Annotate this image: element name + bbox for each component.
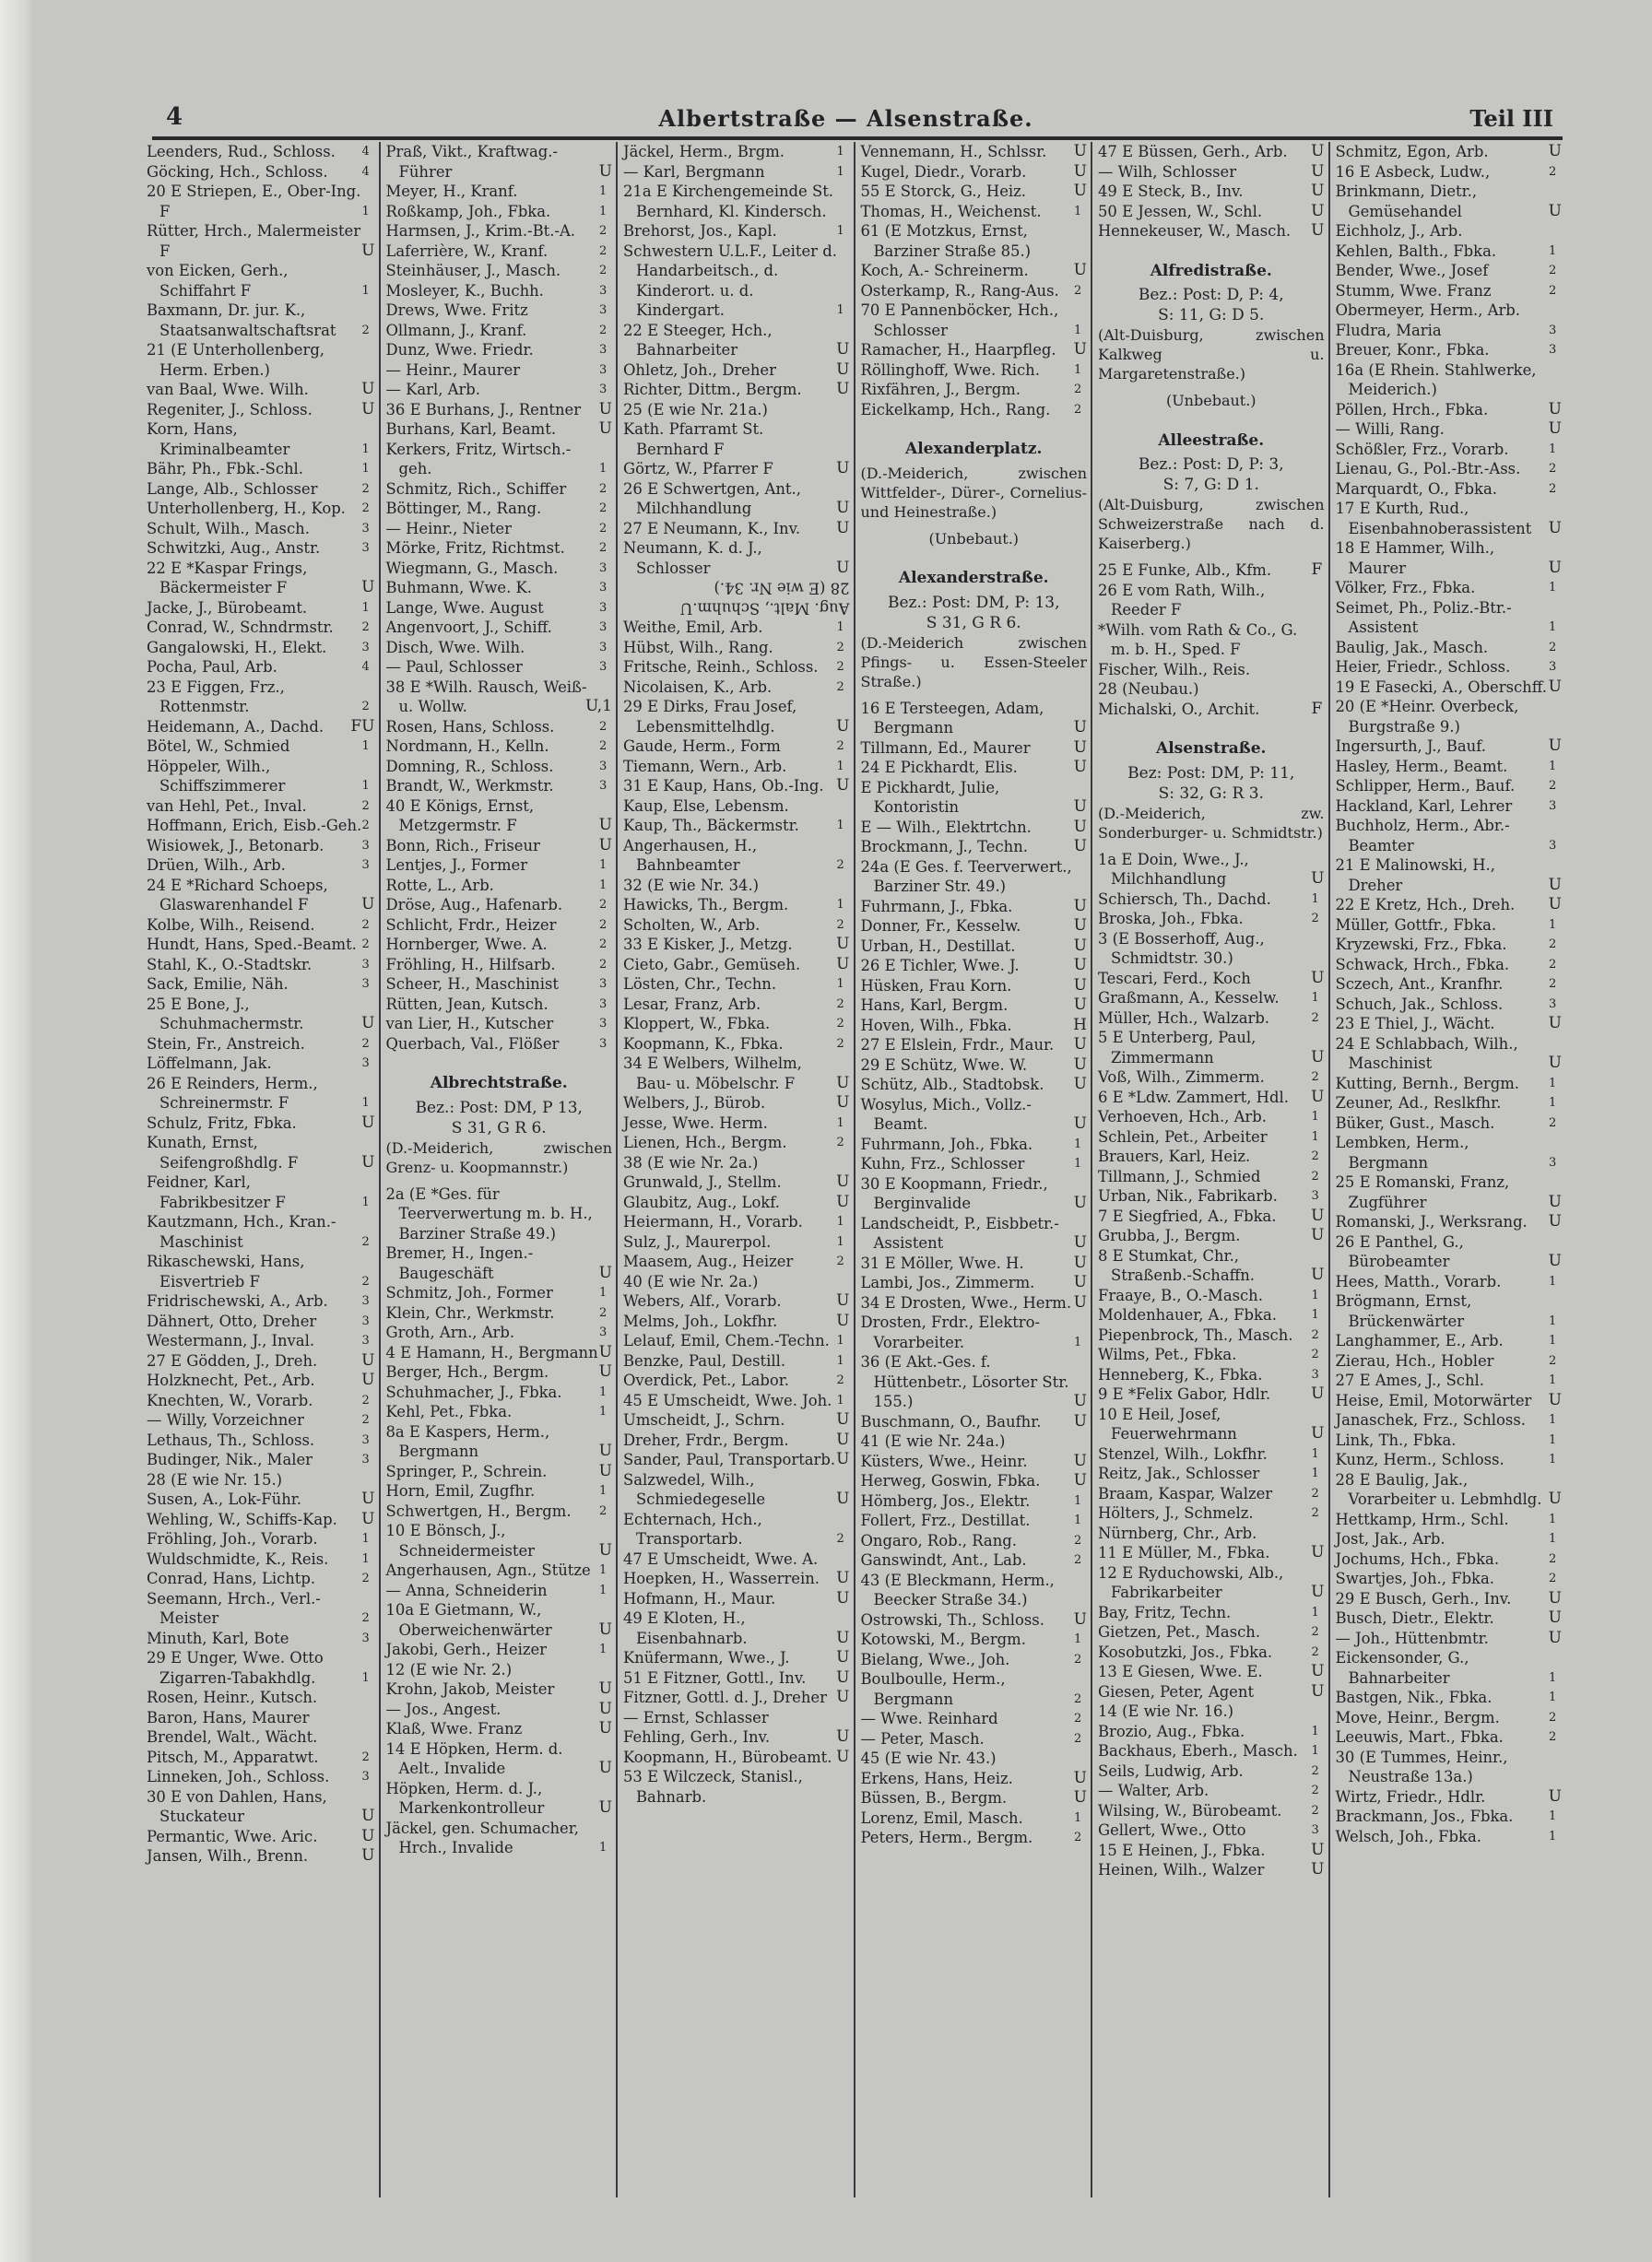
resident-entry: 27 E Neumann, K., Inv.U [623,519,850,539]
resident-entry: 17 E Kurth, Rud., Eisenbahnoberassistent… [1336,499,1563,538]
resident-entry: 47 E Umscheidt, Wwe. A. [623,1549,850,1570]
resident-entry: Lembken, Herm., Bergmann3 [1336,1133,1563,1172]
resident-entry: 27 E Gödden, J., Dreh.U [147,1351,375,1372]
entry-text: 34 E Drosten, Wwe., Herm. [861,1294,1072,1312]
entry-text: Roßkamp, Joh., Fbka. [386,203,551,220]
entry-text: 3 (E Bosserhoff, Aug., Schmidtstr. 30.) [1098,930,1265,968]
entry-text: Hundt, Hans, Sped.-Beamt. [147,936,357,953]
entry-text: Jacke, J., Bürobeamt. [147,599,307,617]
entry-text: Göcking, Hch., Schloss. [147,163,328,181]
entry-text: Laferrière, W., Kranf. [386,242,549,260]
resident-entry: Schiersch, Th., Dachd.1 [1098,889,1325,910]
resident-entry: Brehorst, Jos., Kapl.1 [623,221,850,242]
resident-entry: Koch, A.- Schreinerm.U [861,261,1088,281]
entry-text: 40 E Königs, Ernst, Metzgermstr. F [386,797,535,835]
entry-text: Kosobutzki, Jos., Fbka. [1098,1643,1272,1661]
resident-entry: Rütter, Hrch., Malermeister FU [147,221,375,261]
resident-entry: Pitsch, M., Apparatwt.2 [147,1748,375,1768]
resident-entry: Hoven, Wilh., Fbka.H [861,1016,1088,1036]
resident-entry: Schult, Wilh., Masch.3 [147,519,375,539]
resident-entry: Lethaus, Th., Schloss.3 [147,1431,375,1451]
entry-text: Graßmann, A., Kesselw. [1098,989,1280,1007]
entry-text: Röllinghoff, Wwe. Rich. [861,361,1040,379]
entry-text: Fludra, Maria [1336,322,1442,339]
resident-entry: 34 E Welbers, Wilhelm, Bau- u. Möbelschr… [623,1054,850,1093]
entry-text: Jakobi, Gerh., Heizer [386,1641,548,1658]
entry-text: Bielang, Wwe., Joh. [861,1651,1010,1668]
entry-text: 12 E Ryduchowski, Alb., Fabrikarbeiter [1098,1564,1283,1602]
entry-text: 25 (E wie Nr. 21a.) [623,401,768,418]
entry-text: 23 E Figgen, Frz., Rottenmstr. [147,678,285,716]
entry-text: Schmitz, Egon, Arb. [1336,143,1489,160]
resident-entry: 15 E Heinen, J., Fbka.U [1098,1841,1325,1861]
resident-entry: Wilsing, W., Bürobeamt.2 [1098,1801,1325,1821]
entry-text: Domning, R., Schloss. [386,758,554,775]
resident-entry: Kaup, Else, Lebensm. [623,796,850,817]
resident-entry: — Heinr., Nieter2 [386,519,613,539]
resident-entry: Schößler, Frz., Vorarb.1 [1336,440,1563,460]
entry-text: Leenders, Rud., Schloss. [147,143,336,160]
entry-text: Permantic, Wwe. Aric. [147,1828,317,1845]
entry-text: Schwack, Hrch., Fbka. [1336,956,1510,973]
resident-entry: — Anna, Schneiderin1 [386,1581,613,1601]
resident-entry: Fuhrmann, Joh., Fbka.1 [861,1135,1088,1155]
resident-entry: Schlipper, Herm., Bauf.2 [1336,776,1563,796]
entry-text: Büker, Gust., Masch. [1336,1114,1495,1132]
resident-entry: Jesse, Wwe. Herm.1 [623,1113,850,1134]
resident-entry: Tiemann, Wern., Arb.1 [623,757,850,777]
resident-entry: Schmitz, Joh., Former1 [386,1283,613,1303]
entry-text: 25 E Funke, Alb., Kfm. [1098,561,1271,579]
entry-text: Kath. Pfarramt St. Bernhard F [623,420,763,458]
resident-entry: Buchholz, Herm., Abr.-Beamter3 [1336,816,1563,855]
entry-text: Mörke, Fritz, Richtmst. [386,539,565,557]
resident-entry: Backhaus, Eberh., Masch.1 [1098,1741,1325,1761]
resident-entry: 23 E Thiel, J., Wächt.U [1336,1014,1563,1034]
resident-entry: 24 E Schlabbach, Wilh., MaschinistU [1336,1034,1563,1074]
entry-text: 28 E Baulig, Jak., Vorarbeiter u. Lebmhd… [1336,1471,1542,1509]
entry-text: Herweg, Goswin, Fbka. [861,1472,1041,1490]
entry-text: Hoven, Wilh., Fbka. [861,1017,1012,1034]
entry-text: Leeuwis, Mart., Fbka. [1336,1728,1504,1746]
entry-text: — Ernst, Schlasser [623,1709,769,1726]
resident-entry: 23 E Figgen, Frz., Rottenmstr.2 [147,677,375,717]
entry-text: 16 E Asbeck, Ludw., [1336,163,1491,181]
entry-text: 29 E Busch, Gerh., Inv. [1336,1590,1512,1608]
entry-text: 27 E Neumann, K., Inv. [623,520,800,537]
entry-text: Reitz, Jak., Schlosser [1098,1465,1259,1482]
resident-entry: Domning, R., Schloss.3 [386,757,613,777]
entry-text: Angerhausen, H., Bahnbeamter [623,837,757,875]
resident-entry: Kugel, Diedr., Vorarb.U [861,162,1088,183]
resident-entry: 2a (E *Ges. für Teerverwertung m. b. H.,… [386,1184,613,1244]
resident-entry: — Karl, Arb.3 [386,380,613,400]
entry-text: 14 (E wie Nr. 16.) [1098,1702,1233,1720]
resident-entry: — Willy, Vorzeichner2 [147,1410,375,1431]
resident-entry: Hennekeuser, W., Masch.U [1098,221,1325,242]
entry-text: Seimet, Ph., Poliz.-Btr.-Assistent [1336,599,1512,637]
entry-text: 38 E *Wilh. Rausch, Weiß- u. Wollw. [386,678,587,716]
entry-text: Brozio, Aug., Fbka. [1098,1723,1245,1740]
entry-text: Koch, A.- Schreinerm. [861,262,1029,279]
resident-entry: 29 E Schütz, Wwe. W.U [861,1055,1088,1076]
resident-entry: 11 E Müller, M., Fbka.U [1098,1543,1325,1563]
street-district-info: S: 7, G: D 1. [1098,475,1325,495]
entry-text: 16a (E Rhein. Stahlwerke, Meiderich.) [1336,361,1537,399]
resident-entry: Angerhausen, H., Bahnbeamter2 [623,836,850,876]
entry-text: Angenvoort, J., Schiff. [386,619,552,636]
resident-entry: Nicolaisen, K., Arb.2 [623,677,850,698]
entry-text: Müller, Hch., Walzarb. [1098,1009,1269,1027]
entry-text: Korn, Hans, Kriminalbeamter [147,420,289,458]
entry-text: Conrad, W., Schndrmstr. [147,619,334,636]
entry-text: 19 E Fasecki, A., Oberschff. [1336,678,1548,696]
resident-entry: Hackland, Karl, Lehrer3 [1336,796,1563,817]
entry-text: Hömberg, Jos., Elektr. [861,1492,1031,1510]
resident-entry: Swartjes, Joh., Fbka.2 [1336,1569,1563,1589]
resident-entry: Susen, A., Lok-Führ.U [147,1490,375,1510]
entry-text: 1a E Doin, Wwe., J., Milchhandlung [1098,851,1249,889]
street-location: (D.-Meiderich, zwischen Grenz- u. Koopma… [386,1138,613,1177]
resident-entry: Schütz, Alb., Stadtobsk.U [861,1075,1088,1095]
entry-text: Harmsen, J., Krim.-Bt.-A. [386,222,576,240]
entry-text: 49 E Kloten, H., Eisenbahnarb. [623,1609,748,1647]
entry-text: Sulz, J., Maurerpol. [623,1233,771,1251]
resident-entry: Leeuwis, Mart., Fbka.2 [1336,1727,1563,1748]
entry-text: — Heinr., Nieter [386,520,512,537]
resident-entry: Neumann, K. d. J., SchlosserU [623,538,850,578]
entry-text: 49 E Steck, B., Inv. [1098,183,1244,200]
resident-entry: Kotowski, M., Bergm.1 [861,1630,1088,1650]
resident-entry: Jochums, Hch., Fbka.2 [1336,1549,1563,1570]
entry-text: Unterhollenberg, H., Kop. [147,500,346,517]
resident-entry: Breuer, Konr., Fbka.3 [1336,340,1563,360]
resident-entry: Berger, Hch., Bergm.U [386,1362,613,1383]
resident-entry: Kehlen, Balth., Fbka.1 [1336,242,1563,262]
resident-entry: Roßkamp, Joh., Fbka.1 [386,202,613,222]
resident-entry: 10 E Heil, Josef, FeuerwehrmannU [1098,1405,1325,1444]
entry-text: van Hehl, Pet., Inval. [147,797,307,815]
entry-text: Stumm, Wwe. Franz [1336,282,1492,300]
entry-text: 21a E Kirchengemeinde St. Bernhard, Kl. … [623,183,833,220]
entry-text: 70 E Pannenböcker, Hch., Schlosser [861,301,1059,339]
resident-entry: Drews, Wwe. Fritz3 [386,300,613,321]
resident-entry: Weithe, Emil, Arb.1 [623,618,850,638]
resident-entry: Wilms, Pet., Fbka.2 [1098,1345,1325,1365]
resident-entry: Boulboulle, Herm., Bergmann2 [861,1669,1088,1709]
entry-text: 16 E Tersteegen, Adam, Bergmann [861,700,1044,737]
entry-text: Schuch, Jak., Schloss. [1336,996,1504,1013]
entry-text: 21 (E Unterhollenberg, Herm. Erben.) [147,341,324,379]
resident-entry: Baxmann, Dr. jur. K., Staatsanwaltschaft… [147,300,375,340]
resident-entry: Buhmann, Wwe. K.3 [386,578,613,598]
entry-text: Brauers, Karl, Heiz. [1098,1148,1250,1165]
entry-text: Weithe, Emil, Arb. [623,619,763,636]
resident-entry: Kunz, Herm., Schloss.1 [1336,1450,1563,1470]
entry-text: 26 E Tichler, Wwe. J. [861,957,1020,974]
resident-entry: — Wilh, SchlosserU [1098,162,1325,183]
resident-entry: Heise, Emil, MotorwärterU [1336,1391,1563,1411]
resident-entry: 24 E Pickhardt, Elis.U [861,758,1088,778]
resident-entry: Knechten, W., Vorarb.2 [147,1391,375,1411]
resident-entry: Fröhling, H., Hilfsarb.2 [386,955,613,975]
resident-entry: Romanski, J., Werksrang.U [1336,1212,1563,1232]
entry-text: Hawicks, Th., Bergm. [623,896,788,913]
entry-text: Lentjes, J., Former [386,856,528,874]
entry-text: 50 E Jessen, W., Schl. [1098,203,1262,220]
entry-text: Westermann, J., Inval. [147,1332,314,1349]
entry-text: 10 E Heil, Josef, Feuerwehrmann [1098,1406,1237,1443]
resident-entry: 40 E Königs, Ernst, Metzgermstr. FU [386,796,613,836]
resident-entry: van Baal, Wwe. Wilh.U [147,380,375,400]
resident-entry: 36 E Burhans, J., RentnerU [386,400,613,420]
resident-entry: Cieto, Gabr., Gemüseh.U [623,955,850,975]
page-edge-shadow [0,0,35,2262]
resident-entry: Lambi, Jos., Zimmerm.U [861,1273,1088,1293]
resident-entry: Fehling, Gerh., Inv.U [623,1727,850,1748]
entry-text: Büssen, B., Bergm. [861,1789,1008,1807]
resident-entry: 36 (E Akt.-Ges. f. Hüttenbetr., Lösorter… [861,1352,1088,1412]
resident-entry: Seemann, Hrch., Verl.-Meister2 [147,1589,375,1629]
entry-text: Dunz, Wwe. Friedr. [386,341,534,359]
entry-text: 31 E Kaup, Hans, Ob.-Ing. [623,777,824,795]
entry-text: Aug. Malt., Schuhm.U [680,599,850,617]
resident-entry: Müller, Gottfr., Fbka.1 [1336,915,1563,936]
resident-entry: Kautzmann, Hch., Kran.-Maschinist2 [147,1212,375,1252]
entry-text: Görtz, W., Pfarrer F [623,460,773,477]
entry-text: Brackmann, Jos., Fbka. [1336,1808,1514,1825]
entry-text: Link, Th., Fbka. [1336,1431,1457,1449]
resident-entry: Klaß, Wwe. FranzU [386,1719,613,1739]
resident-entry: Büker, Gust., Masch.2 [1336,1113,1563,1134]
resident-entry: Overdick, Pet., Labor.2 [623,1371,850,1391]
entry-text: Brockmann, J., Techn. [861,838,1029,855]
resident-entry: Rosen, Hans, Schloss.2 [386,717,613,737]
entry-text: Pocha, Paul, Arb. [147,658,277,676]
resident-entry: 25 E Romanski, Franz, ZugführerU [1336,1172,1563,1212]
resident-entry: Hans, Karl, Bergm.U [861,996,1088,1016]
entry-text: 29 E Schütz, Wwe. W. [861,1056,1028,1074]
entry-text: Donner, Fr., Kesselw. [861,917,1021,935]
resident-entry: Dreher, Frdr., Bergm.U [623,1431,850,1451]
entry-text: Klein, Chr., Werkmstr. [386,1304,555,1322]
resident-entry: Braam, Kaspar, Walzer2 [1098,1484,1325,1504]
resident-entry: Follert, Frz., Destillat.1 [861,1511,1088,1531]
resident-entry: — Paul, Schlosser3 [386,657,613,677]
entry-text: Fridrischewski, A., Arb. [147,1292,328,1310]
resident-entry: 38 E *Wilh. Rausch, Weiß- u. Wollw.U,1 [386,677,613,717]
entry-text: Wisiowek, J., Betonarb. [147,837,324,854]
resident-entry: Fraaye, B., O.-Masch.1 [1098,1286,1325,1306]
entry-text: 6 E *Ldw. Zammert, Hdl. [1098,1089,1289,1106]
resident-entry: — Joh., Hüttenbmtr.U [1336,1629,1563,1649]
resident-entry: Schwack, Hrch., Fbka.2 [1336,955,1563,975]
entry-text: Minuth, Karl, Bote [147,1630,289,1647]
resident-entry: Tillmann, J., Schmied2 [1098,1167,1325,1187]
resident-entry: Hasley, Herm., Beamt.1 [1336,757,1563,777]
resident-entry: Kehl, Pet., Fbka.1 [386,1402,613,1422]
street-heading: Albrechtstraße. [386,1074,613,1094]
entry-text: Fritsche, Reinh., Schloss. [623,658,818,676]
resident-entry: Bötel, W., Schmied1 [147,736,375,757]
resident-entry: Baulig, Jak., Masch.2 [1336,638,1563,658]
entry-text: Ohletz, Joh., Dreher [623,361,776,379]
resident-entry: Schmitz, Egon, Arb.U [1336,142,1563,162]
resident-entry: Move, Heinr., Bergm.2 [1336,1708,1563,1728]
resident-entry: Rosen, Heinr., Kutsch. [147,1688,375,1708]
resident-entry: Schuch, Jak., Schloss.3 [1336,995,1563,1015]
resident-entry: Gaude, Herm., Form2 [623,736,850,757]
entry-text: 22 E Steeger, Hch., Bahnarbeiter [623,322,773,359]
entry-text: Overdick, Pet., Labor. [623,1372,789,1389]
resident-entry: Jansen, Wilh., Brenn.U [147,1846,375,1867]
resident-entry: Wosylus, Mich., Vollz.-Beamt.U [861,1095,1088,1135]
resident-entry: Laferrière, W., Kranf.2 [386,242,613,262]
entry-text: — Jos., Angest. [386,1701,501,1718]
entry-text: Stein, Fr., Anstreich. [147,1035,305,1053]
resident-entry: Verhoeven, Hch., Arb.1 [1098,1107,1325,1127]
resident-entry: Göcking, Hch., Schloss.4 [147,162,375,183]
entry-text: Knechten, W., Vorarb. [147,1392,313,1409]
entry-text: Lambi, Jos., Zimmerm. [861,1274,1035,1291]
resident-entry: Lorenz, Emil, Masch.1 [861,1808,1088,1829]
resident-entry: von Eicken, Gerh., Schiffahrt F1 [147,261,375,300]
resident-entry: Eickelkamp, Hch., Rang.2 [861,400,1088,420]
entry-text: Burhans, Karl, Beamt. [386,420,557,438]
entry-text: Heinen, Wilh., Walzer [1098,1861,1264,1879]
entry-text: Lesar, Franz, Arb. [623,996,761,1013]
entry-text: Meyer, H., Kranf. [386,183,518,200]
resident-entry: — Karl, Bergmann1 [623,162,850,183]
resident-entry: Kunath, Ernst, Seifengroßhdlg. FU [147,1133,375,1172]
entry-text: 23 E Thiel, J., Wächt. [1336,1015,1495,1032]
street-district-info: Bez: Post: DM, P: 11, [1098,763,1325,783]
entry-text: Schößler, Frz., Vorarb. [1336,441,1509,458]
entry-text: Jäckel, gen. Schumacher, Hrch., Invalide [386,1820,580,1857]
column-6: Schmitz, Egon, Arb.U16 E Asbeck, Ludw.,2… [1328,142,1566,2197]
resident-entry: Ostrowski, Th., Schloss.U [861,1610,1088,1631]
resident-entry: Bielang, Wwe., Joh.2 [861,1650,1088,1670]
entry-text: Heier, Friedr., Schloss. [1336,658,1511,676]
entry-text: 4 E Hamann, H., Bergmann [386,1344,598,1361]
resident-entry: 32 (E wie Nr. 34.) [623,876,850,896]
entry-text: 26 E Schwertgen, Ant., Milchhandlung [623,480,801,518]
resident-entry: Gellert, Wwe., Otto3 [1098,1820,1325,1841]
resident-entry: Sulz, J., Maurerpol.1 [623,1232,850,1253]
entry-text: Groth, Arn., Arb. [386,1324,515,1341]
resident-entry: Fröhling, Joh., Vorarb.1 [147,1529,375,1549]
resident-entry: Bay, Fritz, Techn.1 [1098,1603,1325,1623]
resident-entry: 10a E Gietmann, W., OberweichenwärterU [386,1600,613,1640]
resident-entry: Thomas, H., Weichenst.1 [861,202,1088,222]
running-title: Albertstraße — Alsenstraße. [129,105,1563,132]
resident-entry: 45 E Umscheidt, Wwe. Joh.1 [623,1391,850,1411]
entry-text: Henneberg, K., Fbka. [1098,1366,1262,1384]
resident-entry: 14 E Höpken, Herm. d. Aelt., InvalideU [386,1739,613,1779]
entry-text: 32 (E wie Nr. 34.) [623,877,759,894]
entry-text: Fuhrmann, J., Fbka. [861,898,1013,915]
resident-entry: Leenders, Rud., Schloss.4 [147,142,375,162]
entry-text: 15 E Heinen, J., Fbka. [1098,1842,1265,1859]
resident-entry: Kaup, Th., Bäckermstr.1 [623,816,850,836]
resident-entry: Ollmann, J., Kranf.2 [386,321,613,341]
entry-text: Lethaus, Th., Schloss. [147,1431,314,1449]
entry-text: Jäckel, Herm., Brgm. [623,143,785,160]
entry-text: Ollmann, J., Kranf. [386,322,527,339]
entry-text: Mosleyer, K., Buchh. [386,282,544,300]
street-district-info: Bez.: Post: D, P: 3, [1098,454,1325,475]
entry-text: Kolbe, Wilh., Reisend. [147,916,314,934]
floor-marker: H [1086,1016,1087,1036]
entry-text: Bötel, W., Schmied [147,737,289,755]
entry-text: Pöllen, Hrch., Fbka. [1336,401,1489,418]
resident-entry: Aug. Malt., Schuhm.U [623,598,850,619]
resident-entry: Schuhmacher, J., Fbka.1 [386,1383,613,1403]
entry-text: Kaup, Th., Bäckermstr. [623,817,799,834]
resident-entry: Marquardt, O., Fbka.2 [1336,479,1563,500]
entry-text: Marquardt, O., Fbka. [1336,480,1497,498]
resident-entry: 22 E *Kaspar Frings, Bäckermeister FU [147,559,375,598]
entry-text: Brendel, Walt., Wächt. [147,1728,317,1746]
entry-text: Klaß, Wwe. Franz [386,1720,523,1738]
page-header: 4 Albertstraße — Alsenstraße. Teil III [129,103,1563,138]
entry-text: Hüsken, Frau Korn. [861,977,1012,995]
resident-entry: — Peter, Masch.2 [861,1729,1088,1750]
resident-entry: Nürnberg, Chr., Arb. [1098,1524,1325,1544]
entry-text: Scholten, W., Arb. [623,916,760,934]
resident-entry: Fritsche, Reinh., Schloss.2 [623,657,850,677]
resident-entry: Graßmann, A., Kesselw.1 [1098,988,1325,1008]
resident-entry: Hees, Matth., Vorarb.1 [1336,1272,1563,1292]
entry-text: Hettkamp, Hrm., Schl. [1336,1511,1509,1528]
entry-text: Busch, Dietr., Elektr. [1336,1609,1494,1627]
column-3: Jäckel, Herm., Brgm.1— Karl, Bergmann121… [616,142,854,2197]
resident-entry: Donner, Fr., Kesselw.U [861,916,1088,937]
entry-text: Bremer, H., Ingen.-Baugeschäft [386,1244,534,1282]
street-district-info: S 31, G R 6. [386,1118,613,1138]
resident-entry: — Ernst, Schlasser [623,1708,850,1728]
resident-entry: Bender, Wwe., Josef2 [1336,261,1563,281]
resident-entry: Fridrischewski, A., Arb.3 [147,1291,375,1312]
resident-entry: Dunz, Wwe. Friedr.3 [386,340,613,360]
entry-text: Buhmann, Wwe. K. [386,579,532,596]
resident-entry: Kath. Pfarramt St. Bernhard F [623,419,850,459]
resident-entry: Lösten, Chr., Techn.1 [623,974,850,995]
entry-text: Böttinger, M., Rang. [386,500,542,517]
entry-text: Kunath, Ernst, Seifengroßhdlg. F [147,1134,298,1172]
resident-entry: 9 E *Felix Gabor, Hdlr.U [1098,1384,1325,1405]
entry-text: 29 E Dirks, Frau Josef, Lebensmittelhdlg… [623,698,796,736]
entry-text: Müller, Gottfr., Fbka. [1336,916,1497,934]
resident-entry: Peters, Herm., Bergm.2 [861,1828,1088,1848]
entry-text: Pitsch, M., Apparatwt. [147,1749,318,1766]
entry-text: Grunwald, J., Stellm. [623,1173,782,1191]
resident-entry: Regeniter, J., Schloss.U [147,400,375,420]
entry-text: Kunz, Herm., Schloss. [1336,1451,1504,1468]
resident-entry: 27 E Elslein, Frdr., Maur.U [861,1035,1088,1055]
entry-text: Hackland, Karl, Lehrer [1336,797,1513,815]
resident-entry: Wirtz, Friedr., Hdlr.U [1336,1787,1563,1808]
resident-entry: Langhammer, E., Arb.1 [1336,1331,1563,1351]
resident-entry: 70 E Pannenböcker, Hch., Schlosser1 [861,300,1088,340]
resident-entry: Heinen, Wilh., WalzerU [1098,1860,1325,1880]
resident-entry: Giesen, Peter, AgentU [1098,1682,1325,1702]
resident-entry: Umscheidt, J., Schrn.U [623,1410,850,1431]
resident-entry: Brackmann, Jos., Fbka.1 [1336,1807,1563,1827]
entry-text: Hoepken, H., Wasserrein. [623,1570,820,1587]
resident-entry: 27 E Ames, J., Schl.1 [1336,1371,1563,1391]
entry-text: Giesen, Peter, Agent [1098,1683,1254,1701]
